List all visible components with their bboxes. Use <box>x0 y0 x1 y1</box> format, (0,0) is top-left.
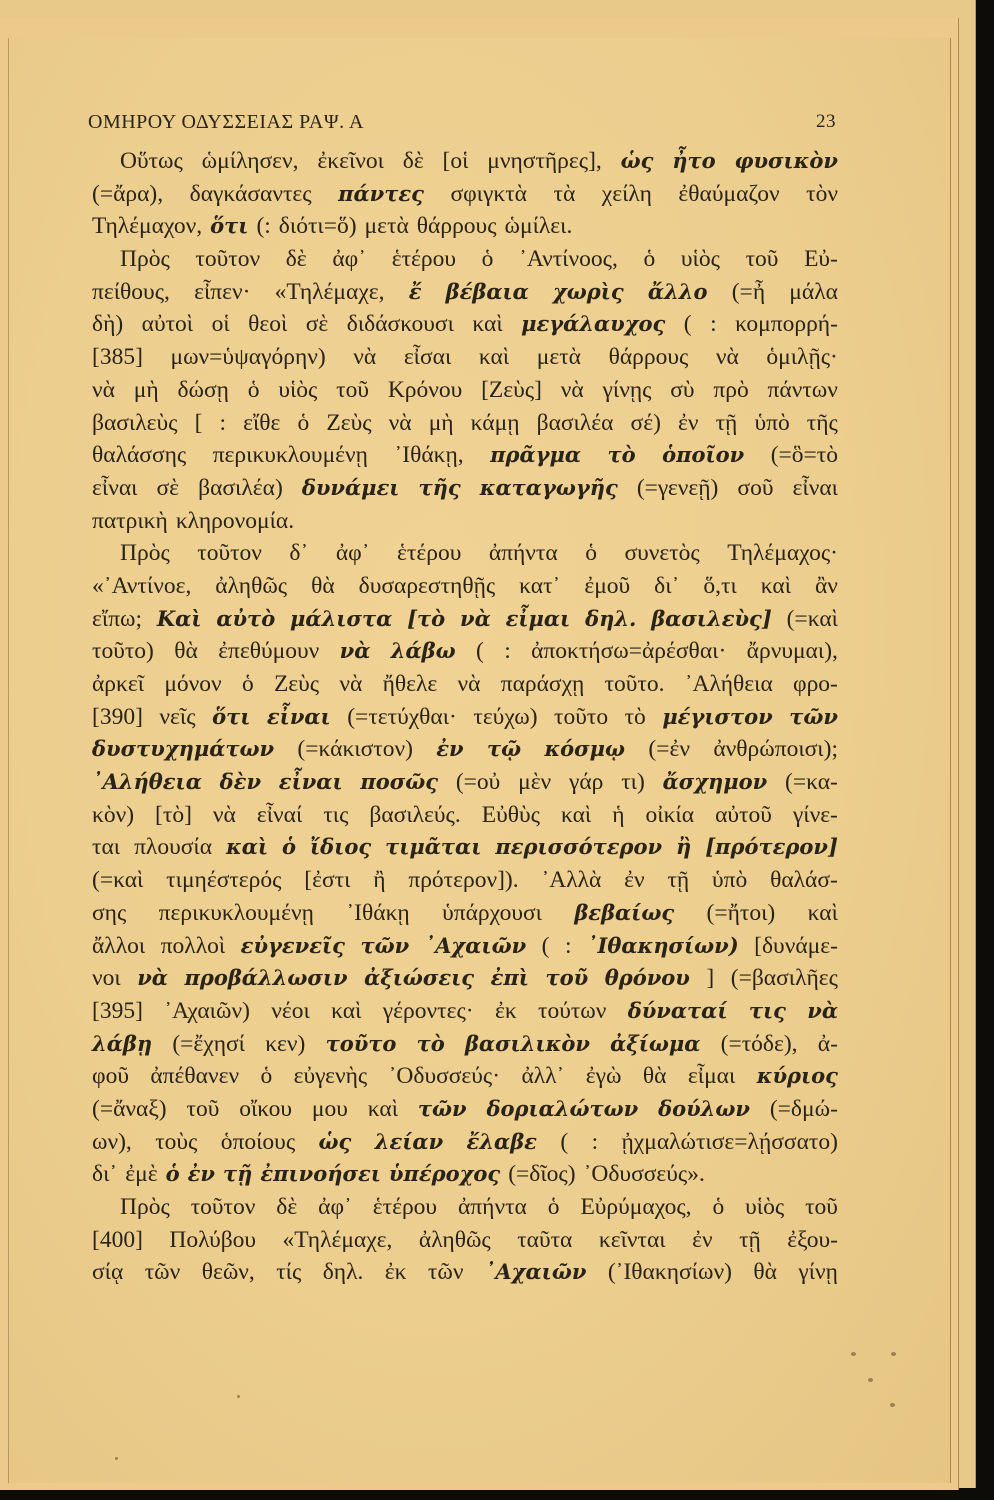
word: κεν) <box>265 1028 305 1061</box>
text-line: λάβῃ(=ἔχησίκεν)τοῦτοτὸβασιλικὸνἀξίωμα(=τ… <box>92 1028 838 1061</box>
emphasized-word: εἶναι <box>279 766 343 799</box>
word: ᾽Ιθάκῃ, <box>394 439 463 472</box>
word: ἐμοῦ <box>584 570 630 603</box>
emphasized-word: τὸ <box>417 1028 445 1061</box>
word: τὸ <box>625 701 646 734</box>
word: πείθους, <box>92 276 170 309</box>
emphasized-word: θρόνου <box>605 962 690 995</box>
emphasized-word: βέβαια <box>446 276 529 309</box>
word: εἴπω; <box>92 603 142 636</box>
emphasized-word: ἔλαβε <box>467 1126 537 1159</box>
word: εἶναί <box>257 799 302 832</box>
word: κεῖνται <box>599 1224 666 1257</box>
word: κὸν) <box>92 799 134 832</box>
emphasized-word: ᾽Αχαιῶν <box>485 1256 587 1289</box>
word: ἐπεθύμουν <box>218 635 319 668</box>
word: γίνε- <box>793 799 838 832</box>
emphasized-word: τις <box>749 995 786 1028</box>
word: ὑπὸ <box>754 407 789 440</box>
paper-speck <box>868 1378 873 1382</box>
emphasized-word: ὡς <box>319 1126 352 1159</box>
word: τὸν <box>806 178 838 211</box>
word: ὁμιλῇς· <box>766 341 838 374</box>
word: νὰ <box>389 407 412 440</box>
word: καὶ <box>368 1093 398 1126</box>
word: [οἱ <box>443 145 469 178</box>
emphasized-word: ἄλλο <box>648 276 708 309</box>
word: οἰκία <box>646 799 695 832</box>
paper-speck <box>890 1403 895 1407</box>
word: νοι <box>92 962 121 995</box>
word: τοῦ <box>805 1191 838 1224</box>
word: : <box>219 407 226 440</box>
word: «Τηλέμαχε, <box>283 1224 393 1257</box>
word: οἴκου <box>239 1093 292 1126</box>
word: υἱὸς <box>278 374 317 407</box>
word: ἐκ <box>385 1256 407 1289</box>
word: (=καὶ <box>787 603 838 636</box>
word: τίς <box>276 1256 301 1289</box>
word: (=ἔχησί <box>172 1028 245 1061</box>
word: [395] <box>92 995 143 1028</box>
word: [400] <box>92 1224 143 1257</box>
word: σίᾳ <box>92 1256 123 1289</box>
emphasized-word: προβάλλωσιν <box>185 962 348 995</box>
text-line: Πρὸςτοῦτονδὲἀφ᾽ἑτέρουὁ᾽Αντίνοος,ὁυἱὸςτοῦ… <box>92 243 838 276</box>
word: οἱ <box>212 308 230 341</box>
word: καὶ <box>808 897 838 930</box>
word: Πρὸς <box>120 243 170 276</box>
word: θάρρους <box>417 210 497 243</box>
word: «Τηλέμαχε, <box>275 276 385 309</box>
word: νὰ <box>213 799 236 832</box>
word: ( <box>684 308 692 341</box>
word: συνετὸς <box>624 537 699 570</box>
text-line: ἀρκεῖμόνονὁΖεὺςνὰἤθελενὰπαράσχῃτοῦτο.᾽Αλ… <box>92 668 838 701</box>
word: φοῦ <box>92 1060 129 1093</box>
word: μνηστῆρες], <box>487 145 602 178</box>
emphasized-word: ἐπινοήσει <box>260 1158 381 1191</box>
emphasized-word: [πρότερον] <box>705 831 838 864</box>
text-line: (=ἄρα),δαγκάσαντεςπάντεςσφιγκτὰτὰχείληἐθ… <box>92 178 838 211</box>
word: τις <box>323 799 348 832</box>
word: : <box>710 308 717 341</box>
word: μὴ <box>134 374 159 407</box>
word: ἀ- <box>818 1028 838 1061</box>
word: ἀπέθανεν <box>150 1060 239 1093</box>
word: πολλοὶ <box>161 930 225 963</box>
emphasized-word: δύναταί <box>628 995 728 1028</box>
word: Πολύβου <box>169 1224 256 1257</box>
word: ἄλλοι <box>92 930 145 963</box>
word: ᾽Αντίνοος, <box>519 243 618 276</box>
word: μετὰ <box>365 210 409 243</box>
emphasized-word: τὸ <box>607 439 635 472</box>
word: ὑπάρχουσι <box>442 897 542 930</box>
word: σὲ <box>157 472 180 505</box>
word: ἐκ <box>495 995 517 1028</box>
emphasized-word: ᾽Ιθακησίων) <box>587 930 739 963</box>
word: βασιλεύς. <box>369 799 460 832</box>
word: περικυκλουμένῃ <box>159 897 314 930</box>
word: νὰ <box>92 374 115 407</box>
word: (=ἤτοι) <box>707 897 776 930</box>
word: (=ἄναξ) <box>92 1093 167 1126</box>
word: ὁ <box>482 243 494 276</box>
word: πάντων <box>768 374 838 407</box>
text-line: σηςπερικυκλουμένῃ᾽Ιθάκῃὑπάρχουσιβεβαίως(… <box>92 897 838 930</box>
word: [ <box>195 407 203 440</box>
word: τῇ <box>667 864 689 897</box>
word: Ζεὺς <box>274 668 319 701</box>
word: ἐν <box>692 1224 713 1257</box>
word: ἂν <box>815 570 838 603</box>
word: τῇ <box>716 407 738 440</box>
text-line: ων),τοὺςὁποίουςὡςλείανἔλαβε(:ᾐχμαλώτισε=… <box>92 1126 838 1159</box>
word: δι᾽ <box>654 570 679 603</box>
word: ἐγὼ <box>586 1060 622 1093</box>
word: δηλ. <box>323 1256 364 1289</box>
word: (=βασιλῆες <box>731 962 838 995</box>
emphasized-word: πρᾶγμα <box>490 439 581 472</box>
word: μετὰ <box>537 341 581 374</box>
word: Ζεὺς <box>326 407 371 440</box>
word: εἶναι <box>92 472 137 505</box>
word: διότι=ὅ) <box>279 210 357 243</box>
word: τοῦ <box>187 1093 220 1126</box>
word: ὁ <box>298 407 310 440</box>
emphasized-word: λάβω <box>391 635 456 668</box>
word: δι᾽ <box>92 1158 117 1191</box>
emphasized-word: κύριος <box>757 1060 838 1093</box>
word: (=ἦ <box>732 276 765 309</box>
word: θὰ <box>753 1256 777 1289</box>
text-line: [395]᾽Αχαιῶν)νέοικαὶγέροντες·ἐκτούτωνδύν… <box>92 995 838 1028</box>
emphasized-word: ὑπέροχος <box>389 1158 500 1191</box>
emphasized-word: χωρὶς <box>553 276 624 309</box>
word: τῶν <box>145 1256 181 1289</box>
word: ὡμίλει. <box>505 210 573 243</box>
word: (=δμώ- <box>770 1093 838 1126</box>
word: ἄρνυμαι), <box>747 635 838 668</box>
emphasized-word: τοῦ <box>545 962 588 995</box>
emphasized-word: εὐγενεῖς <box>241 930 345 963</box>
emphasized-word: κόσμῳ <box>544 733 625 766</box>
word: ὁ <box>585 537 597 570</box>
word: [τὸ] <box>155 799 192 832</box>
emphasized-word: βασιλεὺς] <box>651 603 772 636</box>
emphasized-word: καταγωγῆς <box>480 472 618 505</box>
word: περικυκλουμένῃ <box>213 439 368 472</box>
emphasized-word: μάλιστα <box>290 603 392 636</box>
word: τοῦτο. <box>605 668 665 701</box>
word: ὁποίους <box>221 1126 295 1159</box>
emphasized-word: ἄσχημον <box>663 766 768 799</box>
emphasized-word: δυνάμει <box>302 472 400 505</box>
word: μάλα <box>789 276 838 309</box>
word: θεῶν, <box>202 1256 255 1289</box>
word: Τηλέμαχος· <box>727 537 838 570</box>
emphasized-word: εἶναι <box>267 701 331 734</box>
word: ( <box>476 635 484 668</box>
emphasized-word: ἔ <box>409 276 422 309</box>
word: θὰ <box>643 1060 667 1093</box>
text-line: πατρικὴκληρονομία. <box>92 505 838 538</box>
emphasized-word: πάντες <box>338 178 424 211</box>
word: ἀληθῶς <box>215 570 287 603</box>
emphasized-word: τῶν <box>360 930 409 963</box>
word: μὴ <box>429 407 454 440</box>
emphasized-word: βεβαίως <box>574 897 674 930</box>
emphasized-word: τιμᾶται <box>385 831 481 864</box>
emphasized-word: ὡς <box>621 145 654 178</box>
word: Εὐ- <box>804 243 838 276</box>
word: Πρὸς <box>120 537 170 570</box>
page-number: 23 <box>816 111 836 133</box>
emphasized-word: ἐν <box>436 733 463 766</box>
word: ἐμὲ <box>125 1158 157 1191</box>
emphasized-word: μεγάλαυχος <box>521 308 665 341</box>
word: δυσαρεστηθῇς <box>359 570 496 603</box>
word: τοῦτο <box>554 701 608 734</box>
word: σοῦ <box>737 472 773 505</box>
word: σὺ <box>670 374 694 407</box>
word: [δυνάμε- <box>754 930 838 963</box>
emphasized-word: δὲν <box>220 766 261 799</box>
word: ἑτέρου <box>373 1191 437 1224</box>
emphasized-word: ὅτι <box>212 701 250 734</box>
word: ἐκεῖνοι <box>317 145 384 178</box>
emphasized-word: βασιλικὸν <box>465 1028 590 1061</box>
word: νὰ <box>561 374 584 407</box>
word: ἀρκεῖ <box>92 668 144 701</box>
word: ᾽Ιθάκῃ <box>346 897 409 930</box>
word: καὶ <box>472 308 502 341</box>
word: ἐν <box>678 407 699 440</box>
word: μὲν <box>518 766 551 799</box>
word: δὲ <box>403 145 424 178</box>
word: Πρὸς <box>120 1191 170 1224</box>
word: : <box>504 635 511 668</box>
word: ἀφ᾽ <box>318 1191 352 1224</box>
word: ταῦτα <box>517 1224 572 1257</box>
text-line: Τηλέμαχον,ὅτι(:διότι=ὅ)μετὰθάρρουςὡμίλει… <box>92 210 838 243</box>
word: νὰ <box>458 668 481 701</box>
word: υἱὸς <box>745 1191 784 1224</box>
text-line: νοινὰπροβάλλωσινἀξιώσειςἐπὶτοῦθρόνου](=β… <box>92 962 838 995</box>
word: ᾽Οδυσσεύς· <box>389 1060 500 1093</box>
word: δὲ <box>286 243 307 276</box>
word: θὰ <box>311 570 335 603</box>
word: εἶμαι <box>688 1060 735 1093</box>
word: Κρόνου <box>388 374 462 407</box>
text-line: τοῦτο)θὰἐπεθύμουννὰλάβω(:ἀποκτήσω=ἀρέσθα… <box>92 635 838 668</box>
word: τὰ <box>554 178 576 211</box>
word: θαλάσ- <box>770 864 838 897</box>
word: ὁ <box>712 1191 724 1224</box>
word: μου <box>312 1093 348 1126</box>
word: τοῦτον <box>191 1191 256 1224</box>
text-line: «᾽Αντίνοε,ἀληθῶςθὰδυσαρεστηθῇςκατ᾽ἐμοῦδι… <box>92 570 838 603</box>
word: γάρ <box>569 766 603 799</box>
emphasized-word: νὰ <box>137 962 168 995</box>
text-line: Πρὸςτοῦτονδὲἀφ᾽ἑτέρουἀπήνταὁΕὐρύμαχος,ὁυ… <box>92 1191 838 1224</box>
word: πρότερον]). <box>408 864 518 897</box>
word: νεῖς <box>159 701 195 734</box>
word: [Ζεὺς] <box>481 374 542 407</box>
word: «᾽Αντίνοε, <box>92 570 191 603</box>
emphasized-word: ὁ <box>282 831 296 864</box>
word: τοῦτον <box>195 243 260 276</box>
text-line: Πρὸςτοῦτονδ᾽ἀφ᾽ἑτέρουἀπήνταὁσυνετὸςΤηλέμ… <box>92 537 838 570</box>
emphasized-word: φυσικὸν <box>734 145 838 178</box>
text-line: θαλάσσηςπερικυκλουμένῃ᾽Ιθάκῃ,πρᾶγματὸὁπο… <box>92 439 838 472</box>
word: ἤθελε <box>383 668 438 701</box>
word: μόνον <box>164 668 221 701</box>
emphasized-word: ποσῶς <box>360 766 438 799</box>
word: ( <box>542 930 550 963</box>
emphasized-word: ἐν <box>188 1158 215 1191</box>
emphasized-word: [τὸ <box>407 603 445 636</box>
word: σὲ <box>306 308 329 341</box>
emphasized-word: ᾽Αχαιῶν <box>425 930 527 963</box>
word: (=τετύχθαι· <box>347 701 457 734</box>
word: καὶ <box>761 570 791 603</box>
word: νὰ <box>339 668 362 701</box>
word: θὰ <box>174 635 198 668</box>
word: κληρονομία. <box>176 505 294 538</box>
emphasized-word: ᾽Αλήθεια <box>92 766 202 799</box>
paper-speck <box>851 1352 856 1356</box>
emphasized-word: ἐπὶ <box>491 962 529 995</box>
emphasized-word: ὁποῖον <box>662 439 744 472</box>
emphasized-word: ἀξίωμα <box>610 1028 700 1061</box>
word: ὅ,τι <box>703 570 736 603</box>
emphasized-word: τῇ <box>223 1158 252 1191</box>
word: Οὕτως <box>120 145 183 178</box>
word: παράσχῃ <box>501 668 585 701</box>
word: καὶ <box>561 799 591 832</box>
paper-speck <box>891 1352 896 1356</box>
word: αὐτοὶ <box>142 308 193 341</box>
text-line: νὰμὴδώσῃὁυἱὸςτοῦΚρόνου[Ζεὺς]νὰγίνῃςσὺπρὸ… <box>92 374 838 407</box>
word: Τηλέμαχον, <box>92 210 202 243</box>
word: ὑπὸ <box>712 864 747 897</box>
emphasized-word: νὰ <box>340 635 371 668</box>
word: (=οὐ <box>456 766 500 799</box>
word: τῇ <box>739 1224 761 1257</box>
word: βασιλέα <box>537 407 614 440</box>
word: τιμηέστερός <box>166 864 281 897</box>
word: (: <box>256 210 270 243</box>
emphasized-word: μέγιστον <box>662 701 772 734</box>
word: ᾽Αλήθεια <box>685 668 773 701</box>
emphasized-word: καὶ <box>226 831 268 864</box>
word: ᾐχμαλώτισε=λῄσσατο) <box>622 1126 838 1159</box>
body-text: Οὕτωςὡμίλησεν,ἐκεῖνοιδὲ[οἱμνηστῆρες],ὡςἦ… <box>92 145 838 1289</box>
word: βασιλεὺς <box>92 407 177 440</box>
word: ὁ <box>248 374 260 407</box>
emphasized-word: εἶμαι <box>506 603 571 636</box>
emphasized-word: τῷ <box>487 733 521 766</box>
word: διδάσκουσι <box>347 308 454 341</box>
word: ἀλλ᾽ <box>521 1060 564 1093</box>
word: ἐν <box>624 864 645 897</box>
word: (=ἄρα), <box>92 178 163 211</box>
word: ] <box>706 962 714 995</box>
emphasized-word: ἦτο <box>672 145 715 178</box>
word: ἀφ᾽ <box>336 537 370 570</box>
emphasized-word: ἀξιώσεις <box>364 962 474 995</box>
word: πατρικὴ <box>92 505 168 538</box>
word: ἀφ᾽ <box>332 243 366 276</box>
emphasized-word: λείαν <box>375 1126 443 1159</box>
word: τοὺς <box>155 1126 197 1159</box>
emphasized-word: τῶν <box>789 701 838 734</box>
word: (=καὶ <box>92 864 143 897</box>
word: δὴ) <box>92 308 123 341</box>
word: θεοὶ <box>248 308 287 341</box>
word: καὶ <box>479 341 509 374</box>
word: δ᾽ <box>289 537 308 570</box>
word: καὶ <box>331 995 361 1028</box>
word: (=ἐν <box>648 733 690 766</box>
word: τοῦτο) <box>92 635 154 668</box>
word: Εὐθὺς <box>482 799 540 832</box>
word: νὰ <box>353 341 376 374</box>
word: νὰ <box>716 341 739 374</box>
word: κομπορρή- <box>735 308 838 341</box>
word: ἀπήντα <box>458 1191 527 1224</box>
emphasized-word: νὰ <box>807 995 838 1028</box>
word: (=κάκιστον) <box>297 733 413 766</box>
word: [385] <box>92 341 143 374</box>
word: φρο- <box>793 668 838 701</box>
word: ὁ <box>643 243 655 276</box>
word: δώσῃ <box>177 374 229 407</box>
word: ἐθαύμαζον <box>678 178 779 211</box>
word: χείλη <box>602 178 652 211</box>
text-line: εἴπω;Καὶαὐτὸμάλιστα[τὸνὰεἶμαιδηλ.βασιλεὺ… <box>92 603 838 636</box>
word: σφιγκτὰ <box>450 178 527 211</box>
word: (=ὃ=τὸ <box>771 439 838 472</box>
emphasized-word: ἴδιος <box>310 831 371 864</box>
word: κάμῃ <box>471 407 520 440</box>
text-line: σίᾳτῶνθεῶν,τίςδηλ.ἐκτῶν᾽Αχαιῶν(᾽Ιθακησίω… <box>92 1256 838 1289</box>
text-line: ἄλλοιπολλοὶεὐγενεῖςτῶν᾽Αχαιῶν(:᾽Ιθακησίω… <box>92 930 838 963</box>
word: θαλάσσης <box>92 439 186 472</box>
emphasized-word: νὰ <box>460 603 491 636</box>
text-line: Οὕτωςὡμίλησεν,ἐκεῖνοιδὲ[οἱμνηστῆρες],ὡςἦ… <box>92 145 838 178</box>
text-line: (=καὶτιμηέστερός[ἐστιἢπρότερον]).᾽Αλλὰἐν… <box>92 864 838 897</box>
word: ἡ <box>612 799 624 832</box>
word: ἑτέρου <box>392 243 456 276</box>
word: τούτων <box>538 995 606 1028</box>
paper-speck <box>115 1457 118 1460</box>
emphasized-word: λάβῃ <box>92 1028 152 1061</box>
text-line: φοῦἀπέθανενὁεὐγενὴς᾽Οδυσσεύς·ἀλλ᾽ἐγὼθὰεἶ… <box>92 1060 838 1093</box>
word: κατ᾽ <box>519 570 560 603</box>
running-head: ΟΜΗΡΟΥ ΟΔΥΣΣΕΙΑΣ ΡΑΨ. Α 23 <box>88 106 836 138</box>
word: ὁ <box>242 668 254 701</box>
word: θάρρους <box>609 341 689 374</box>
word: τεύχω) <box>473 701 537 734</box>
word: (=δῖος) <box>508 1158 575 1191</box>
word: (᾽Ιθακησίων) <box>608 1256 732 1289</box>
text-line: κὸν)[τὸ]νὰεἶναίτιςβασιλεύς.Εὐθὺςκαὶἡοἰκί… <box>92 799 838 832</box>
text-line: δι᾽ἐμὲὁἐντῇἐπινοήσειὑπέροχος(=δῖος)᾽Οδυσ… <box>92 1158 838 1191</box>
word: ᾽Οδυσσεύς». <box>584 1158 705 1191</box>
